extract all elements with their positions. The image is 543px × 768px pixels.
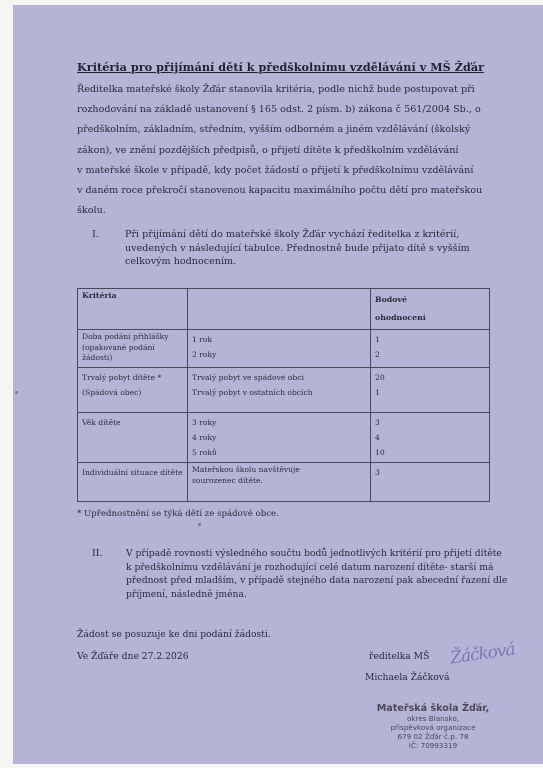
stamp-line: Mateřská škola Žďár, bbox=[358, 703, 508, 714]
points-value: 2 bbox=[375, 347, 485, 362]
table-header-row: Kritéria Bodové ohodnocení bbox=[78, 289, 490, 330]
points-value: 20 bbox=[375, 370, 485, 385]
options-cell: Trvalý pobyt ve spádové obci Trvalý poby… bbox=[188, 368, 371, 413]
section-1-text: Při přijímání dětí do mateřské školy Žďá… bbox=[125, 228, 495, 269]
criterion-text: Trvalý pobyt dítěte * bbox=[82, 370, 183, 385]
criterion-text: Doba podání přihlášky (opakované podání … bbox=[82, 332, 183, 364]
criterion-cell: Věk dítěte bbox=[78, 413, 188, 463]
option-text: 4 roky bbox=[192, 430, 366, 445]
points-value: 1 bbox=[375, 385, 485, 400]
points-value: 4 bbox=[375, 430, 485, 445]
intro-line: rozhodování na základě ustanovení § 165 … bbox=[77, 100, 497, 120]
header-criteria: Kritéria bbox=[78, 289, 188, 330]
section-1-line: Při přijímání dětí do mateřské školy Žďá… bbox=[125, 228, 495, 242]
stamp-line: okres Blansko, bbox=[358, 714, 508, 723]
points-value: 10 bbox=[375, 445, 485, 460]
criteria-table: Kritéria Bodové ohodnocení Doba podání p… bbox=[77, 288, 490, 502]
intro-line: v daném roce překročí stanovenou kapacit… bbox=[77, 181, 497, 201]
criterion-cell: Individuální situace dítěte bbox=[78, 463, 188, 502]
table-row: Věk dítěte 3 roky 4 roky 5 roků 3 4 10 bbox=[78, 413, 490, 463]
stamp-line: 679 02 Žďár č.p. 78 bbox=[358, 732, 508, 741]
header-points: Bodové ohodnocení bbox=[371, 289, 490, 330]
criterion-text: Věk dítěte bbox=[82, 415, 183, 430]
intro-line: Ředitelka mateřské školy Žďár stanovila … bbox=[77, 80, 497, 100]
points-value: 3 bbox=[375, 415, 485, 430]
table-row: Trvalý pobyt dítěte * (Spádová obec) Trv… bbox=[78, 368, 490, 413]
points-cell: 3 4 10 bbox=[371, 413, 490, 463]
points-cell: 3 bbox=[371, 463, 490, 502]
criterion-cell: Trvalý pobyt dítěte * (Spádová obec) bbox=[78, 368, 188, 413]
section-1-line: uvedených v následující tabulce. Přednos… bbox=[125, 242, 495, 256]
header-options bbox=[188, 289, 371, 330]
section-2-text: V případě rovnosti výsledného součtu bod… bbox=[126, 547, 496, 601]
scan-speck bbox=[198, 523, 201, 526]
table-row: Individuální situace dítěte Mateřskou šk… bbox=[78, 463, 490, 502]
evaluation-note: Žádost se posuzuje ke dni podání žádosti… bbox=[77, 629, 271, 640]
intro-paragraph: Ředitelka mateřské školy Žďár stanovila … bbox=[77, 80, 497, 221]
criterion-text: Individuální situace dítěte bbox=[82, 465, 183, 480]
intro-line: předškolním, základním, středním, vyšším… bbox=[77, 120, 497, 140]
stamp-line: IČ: 70993319 bbox=[358, 741, 508, 750]
option-text: 3 roky bbox=[192, 415, 366, 430]
intro-line: školu. bbox=[77, 201, 497, 221]
option-text: 1 rok bbox=[192, 332, 366, 347]
criterion-text: (Spádová obec) bbox=[82, 385, 183, 400]
signer-name: Michaela Žáčková bbox=[365, 672, 449, 683]
section-2-line: k předškolnímu vzdělávání je rozhodující… bbox=[126, 561, 496, 575]
option-text: Trvalý pobyt v ostatních obcích bbox=[192, 385, 366, 400]
points-value: 1 bbox=[375, 332, 485, 347]
section-1-line: celkovým hodnocením. bbox=[125, 255, 495, 269]
options-cell: 1 rok 2 roky bbox=[188, 330, 371, 368]
school-stamp: Mateřská škola Žďár, okres Blansko, přís… bbox=[358, 703, 508, 750]
section-1-number: I. bbox=[92, 229, 99, 240]
intro-line: zákon), ve znění pozdějších předpisů, o … bbox=[77, 141, 497, 161]
stamp-line: příspěvková organizace bbox=[358, 723, 508, 732]
document-title: Kritéria pro přijímání dětí k předškolní… bbox=[77, 60, 484, 74]
section-2-line: V případě rovnosti výsledného součtu bod… bbox=[126, 547, 496, 561]
options-cell: 3 roky 4 roky 5 roků bbox=[188, 413, 371, 463]
section-2-number: II. bbox=[92, 548, 103, 559]
points-value: 3 bbox=[375, 465, 485, 480]
section-2-line: příjmení, následně jména. bbox=[126, 588, 496, 602]
header-points-line: ohodnocení bbox=[375, 309, 485, 327]
option-text: 5 roků bbox=[192, 445, 366, 460]
intro-line: v mateřské škole v případě, kdy počet žá… bbox=[77, 161, 497, 181]
place-date: Ve Žďáře dne 27.2.2026 bbox=[77, 651, 189, 662]
signer-role: ředitelka MŠ bbox=[369, 651, 429, 662]
header-points-line: Bodové bbox=[375, 291, 485, 309]
points-cell: 20 1 bbox=[371, 368, 490, 413]
criterion-cell: Doba podání přihlášky (opakované podání … bbox=[78, 330, 188, 368]
points-cell: 1 2 bbox=[371, 330, 490, 368]
footnote: * Upřednostnění se týká dětí ze spádové … bbox=[77, 509, 279, 519]
section-2-line: přednost před mladším, v případě stejnéh… bbox=[126, 574, 496, 588]
option-text: Trvalý pobyt ve spádové obci bbox=[192, 370, 366, 385]
options-cell: Mateřskou školu navštěvuje sourozenec dí… bbox=[188, 463, 371, 502]
table-row: Doba podání přihlášky (opakované podání … bbox=[78, 330, 490, 368]
option-text: 2 roky bbox=[192, 347, 366, 362]
scan-speck bbox=[15, 391, 18, 394]
option-text: Mateřskou školu navštěvuje sourozenec dí… bbox=[192, 465, 342, 486]
